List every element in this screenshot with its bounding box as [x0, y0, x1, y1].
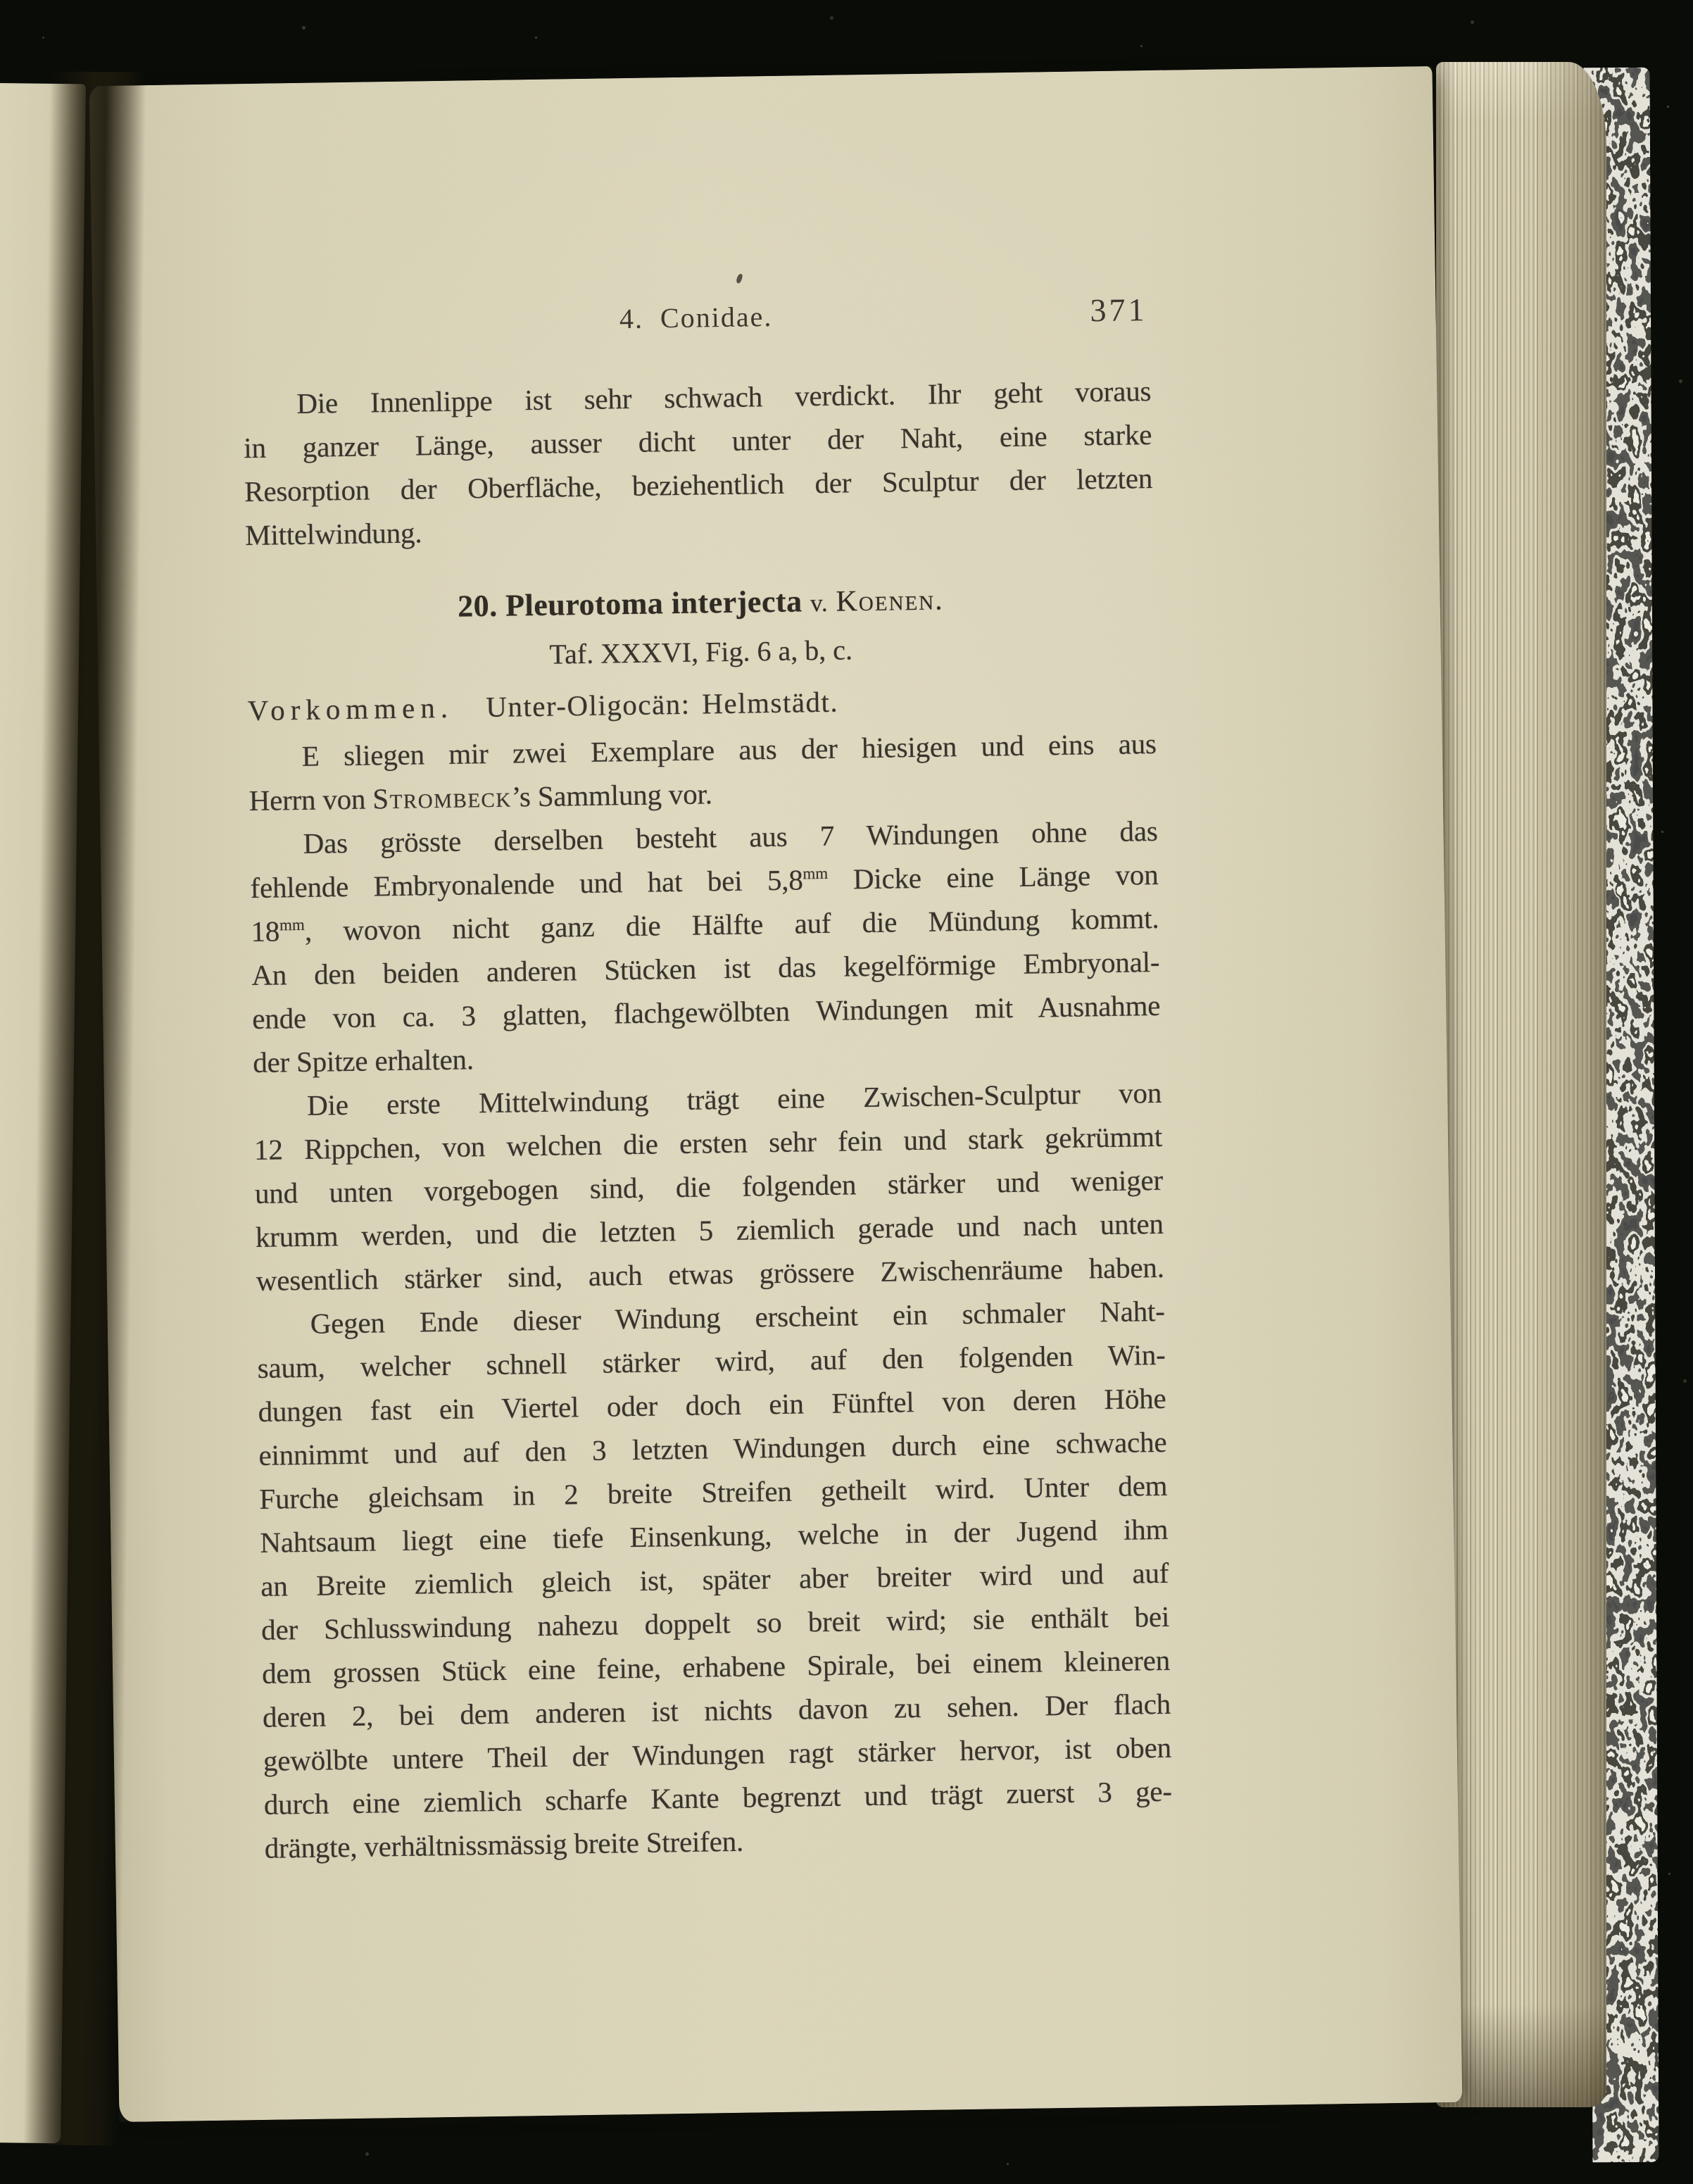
running-header: 4. Conidae. 371 — [241, 294, 1150, 344]
species-author: Koenen — [836, 584, 935, 618]
section-header: 4. Conidae. — [619, 300, 773, 335]
page-number: 371 — [1090, 291, 1147, 329]
book-photo-scene: 4. Conidae. 371 Die Innenlippe ist sehr … — [0, 0, 1693, 2184]
intro-paragraph: Die Innenlippe ist sehr schwach verdickt… — [243, 369, 1154, 557]
suture-paragraph: Gegen Ende dieser Windung erscheint ein … — [256, 1289, 1173, 1870]
occurrence-line: Vorkommen. Unter-Oligocän: Helmstädt. — [247, 677, 1156, 731]
person-name: Strombeck — [372, 781, 512, 815]
species-heading: 20. Pleurotoma interjecta v. Koenen. — [246, 576, 1154, 632]
page-stack-fore-edge — [1436, 62, 1606, 2107]
unit-superscript: mm — [803, 865, 828, 883]
species-heading-period: . — [935, 584, 943, 616]
species-author-connector: v. — [810, 589, 829, 617]
ink-speck — [736, 273, 743, 284]
species-name: 20. Pleurotoma interjecta — [458, 584, 803, 623]
text-column: 4. Conidae. 371 Die Innenlippe ist sehr … — [239, 70, 1173, 1870]
size-paragraph: Das grösste derselben besteht aus 7 Wind… — [249, 809, 1161, 1084]
sculpture-paragraph: Die erste Mittelwindung trägt eine Zwisc… — [253, 1071, 1164, 1303]
occurrence-value: Unter-Oligocän: Helmstädt. — [486, 686, 839, 723]
previous-page-sliver — [0, 83, 86, 2143]
specimens-paragraph: E sliegen mir zwei Exemplare aus der hie… — [248, 722, 1157, 822]
body-text: E sliegen mir zwei Exemplare aus der hie… — [248, 722, 1173, 1870]
dust-specks — [0, 0, 2, 2]
unit-superscript: mm — [279, 916, 305, 934]
occurrence-label: Vorkommen. — [247, 691, 453, 727]
plate-reference: Taf. XXXVI, Fig. 6 a, b, c. — [246, 627, 1155, 677]
book-page: 4. Conidae. 371 Die Innenlippe ist sehr … — [89, 66, 1463, 2122]
